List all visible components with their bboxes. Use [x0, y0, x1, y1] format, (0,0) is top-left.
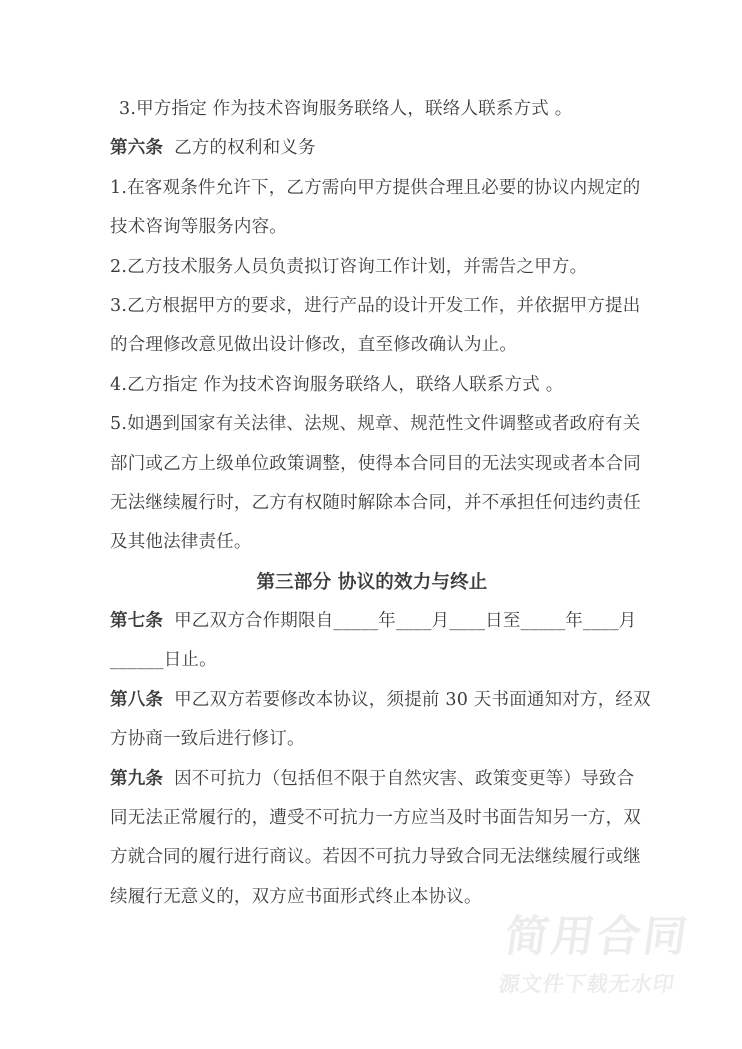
clause-6-title: 乙方的权利和义务: [174, 138, 316, 158]
site-watermark: 简用合同 源文件下载无水印: [497, 912, 693, 998]
clause-9-line1: 第九条因不可抗力（包括但不限于自然灾害、政策变更等）导致合: [110, 760, 634, 799]
clause-9-text: 因不可抗力（包括但不限于自然灾害、政策变更等）导致合: [174, 769, 634, 789]
clause-6-item5-line2: 部门或乙方上级单位政策调整，使得本合同目的无法实现或者本合同: [110, 445, 634, 484]
clause-8-line2: 方协商一致后进行修订。: [110, 720, 634, 759]
watermark-tagline-text: 源文件下载无水印: [497, 968, 685, 998]
clause-9-label: 第九条: [110, 769, 163, 789]
clause-6-item3-line2: 的合理修改意见做出设计修改，直至修改确认为止。: [110, 326, 634, 365]
clause-9-line2: 同无法正常履行的，遭受不可抗力一方应当及时书面告知另一方，双: [110, 799, 634, 838]
clause-8-line1: 第八条甲乙双方若要修改本协议，须提前 30 天书面通知对方，经双: [110, 681, 634, 720]
clause-6-item5-line1: 5.如遇到国家有关法律、法规、规章、规范性文件调整或者政府有关: [110, 405, 634, 444]
watermark-logo-text: 简用合同: [502, 912, 693, 964]
clause-6-label: 第六条: [110, 138, 163, 158]
clause-7-label: 第七条: [110, 611, 163, 631]
clause-7-line1: 第七条甲乙双方合作期限自_____年____月____日至_____年____月: [110, 602, 634, 641]
party-a-contact-line: 3.甲方指定 作为技术咨询服务联络人，联络人联系方式 。: [110, 90, 634, 129]
clause-6-item5-line3: 无法继续履行时，乙方有权随时解除本合同，并不承担任何违约责任: [110, 484, 634, 523]
clause-6-item1-line2: 技术咨询等服务内容。: [110, 208, 634, 247]
part-3-section-heading: 第三部分 协议的效力与终止: [110, 563, 634, 602]
clause-8-text: 甲乙双方若要修改本协议，须提前 30 天书面通知对方，经双: [174, 690, 651, 710]
clause-8-label: 第八条: [110, 690, 163, 710]
clause-7-line2: ______日止。: [110, 641, 634, 680]
contract-page-body: 3.甲方指定 作为技术咨询服务联络人，联络人联系方式 。 第六条乙方的权利和义务…: [110, 90, 634, 917]
clause-6-item2-line: 2.乙方技术服务人员负责拟订咨询工作计划，并需告之甲方。: [110, 248, 634, 287]
clause-7-text: 甲乙双方合作期限自_____年____月____日至_____年____月: [174, 611, 636, 631]
clause-6-item5-line4: 及其他法律责任。: [110, 523, 634, 562]
clause-6-heading: 第六条乙方的权利和义务: [110, 129, 634, 168]
clause-9-line3: 方就合同的履行进行商议。若因不可抗力导致合同无法继续履行或继: [110, 838, 634, 877]
clause-6-item4-line: 4.乙方指定 作为技术咨询服务联络人，联络人联系方式 。: [110, 366, 634, 405]
clause-6-item1-line1: 1.在客观条件允许下，乙方需向甲方提供合理且必要的协议内规定的: [110, 169, 634, 208]
clause-6-item3-line1: 3.乙方根据甲方的要求，进行产品的设计开发工作，并依据甲方提出: [110, 287, 634, 326]
